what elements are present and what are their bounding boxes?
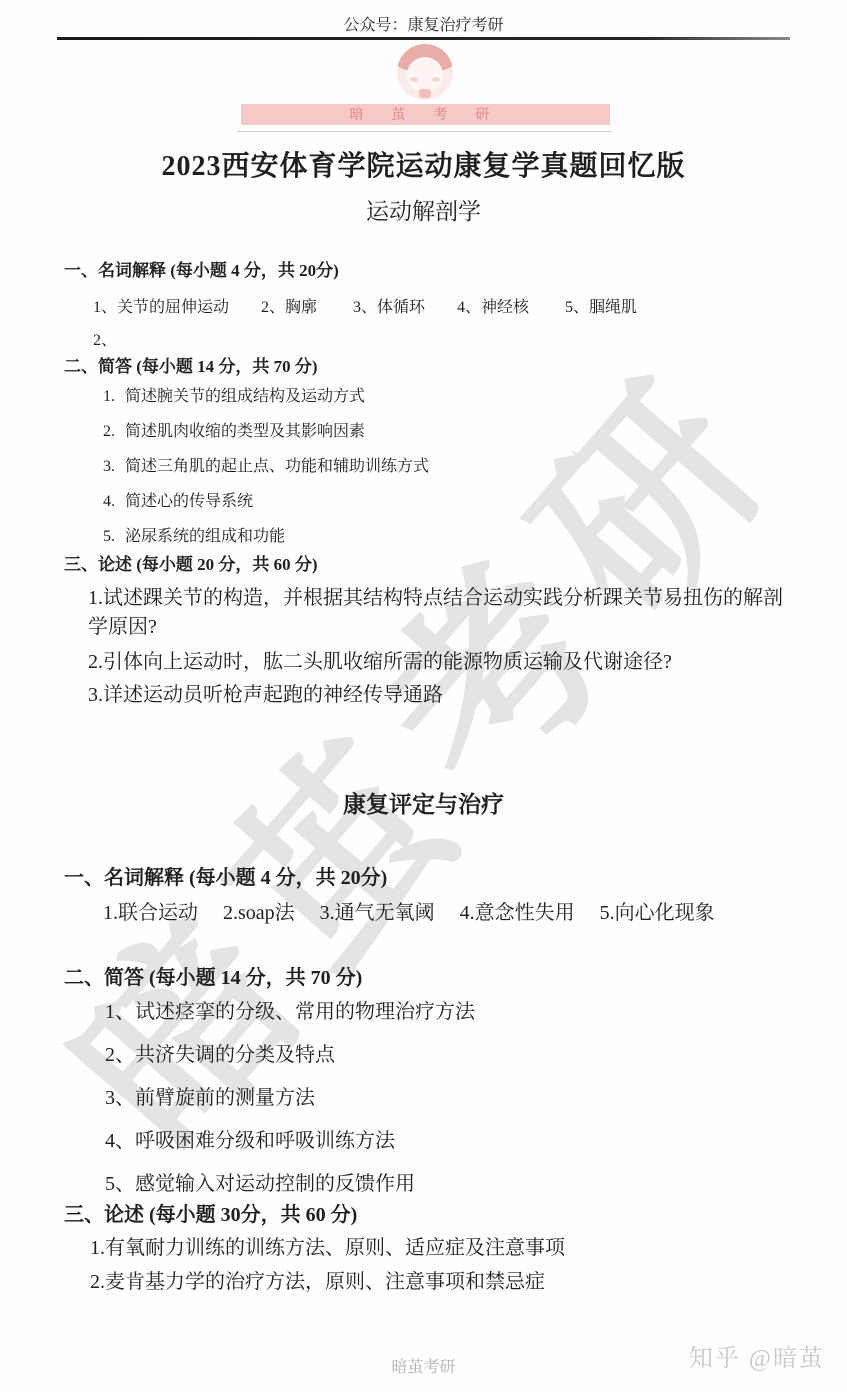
- s1-heading-short-answer: 二、简答 (每小题 14 分，共 70 分): [64, 352, 318, 377]
- zhihu-credit-label: 知乎 @暗茧: [689, 1338, 825, 1373]
- question-item: 1、试述痉挛的分级、常用的物理治疗方法: [105, 999, 475, 1026]
- avatar-cheek-left: [410, 77, 418, 82]
- question-number: 5.: [103, 526, 125, 548]
- question-item: 5. 泌尿系统的组成和功能: [103, 526, 429, 548]
- s1-heading-terms: 一、名词解释 (每小题 4 分，共 20分): [64, 256, 339, 281]
- question-item: 4、呼吸困难分级和呼吸训练方法: [105, 1128, 475, 1155]
- s2-short-answer-list: 1、试述痉挛的分级、常用的物理治疗方法 2、共济失调的分类及特点 3、前臂旋前的…: [105, 999, 475, 1214]
- s1-essay-question-1: 1.试述踝关节的构造，并根据其结构特点结合运动实践分析踝关节易扭伤的解剖学原因?: [88, 584, 788, 642]
- question-item: 3. 简述三角肌的起止点、功能和辅助训练方式: [103, 456, 429, 478]
- question-number: 1.: [103, 386, 125, 408]
- avatar-collar: [419, 89, 431, 98]
- s2-heading-terms: 一、名词解释 (每小题 4 分，共 20分): [64, 861, 387, 890]
- s1-terms-items: 1、关节的屈伸运动 2、胸廓 3、体循环 4、神经核 5、腘绳肌: [93, 294, 637, 317]
- s2-terms-items: 1.联合运动 2.soap法 3.通气无氧阈 4.意念性失用 5.向心化现象: [103, 896, 715, 925]
- question-number: 4.: [103, 491, 125, 513]
- question-item: 5、感觉输入对运动控制的反馈作用: [105, 1171, 475, 1198]
- s1-essay-question-2: 2.引体向上运动时，肱二头肌收缩所需的能源物质运输及代谢途径?: [88, 648, 788, 677]
- question-text: 简述心的传导系统: [125, 491, 253, 513]
- question-item: 4. 简述心的传导系统: [103, 491, 429, 513]
- s1-terms-extra-line: 2、: [93, 327, 117, 350]
- question-text: 简述腕关节的组成结构及运动方式: [125, 386, 365, 408]
- avatar-cheek-right: [432, 77, 440, 82]
- brand-banner: 暗 茧 考 研: [241, 104, 610, 125]
- question-text: 简述三角肌的起止点、功能和辅助训练方式: [125, 456, 429, 478]
- avatar-face: [407, 57, 443, 92]
- question-number: 2.: [103, 421, 125, 443]
- header-divider: [57, 37, 790, 40]
- wechat-account-label: 公众号：康复治疗考研: [0, 12, 847, 35]
- s2-heading-essay: 三、论述 (每小题 30分，共 60 分): [64, 1198, 357, 1227]
- subject-title-rehab: 康复评定与治疗: [0, 786, 847, 819]
- banner-divider: [237, 131, 612, 132]
- subject-title-anatomy: 运动解剖学: [0, 193, 847, 226]
- question-item: 2、共济失调的分类及特点: [105, 1042, 475, 1069]
- brand-avatar: [397, 44, 453, 100]
- question-text: 泌尿系统的组成和功能: [125, 526, 285, 548]
- s1-heading-essay: 三、论述 (每小题 20 分，共 60 分): [64, 550, 318, 575]
- s2-essay-question-1: 1.有氧耐力训练的训练方法、原则、适应症及注意事项: [90, 1234, 800, 1262]
- question-text: 简述肌肉收缩的类型及其影响因素: [125, 421, 365, 443]
- exam-document-page: 暗茧考研 公众号：康复治疗考研 暗 茧 考 研 2023西安体育学院运动康复学真…: [0, 0, 847, 1392]
- s2-essay-question-2: 2.麦肯基力学的治疗方法，原则、注意事项和禁忌症: [90, 1268, 800, 1296]
- question-number: 3.: [103, 456, 125, 478]
- question-item: 3、前臂旋前的测量方法: [105, 1085, 475, 1112]
- s1-essay-question-3: 3.详述运动员听枪声起跑的神经传导通路: [88, 681, 788, 710]
- question-item: 2. 简述肌肉收缩的类型及其影响因素: [103, 421, 429, 443]
- exam-title: 2023西安体育学院运动康复学真题回忆版: [0, 144, 847, 184]
- s2-heading-short-answer: 二、简答 (每小题 14 分，共 70 分): [64, 961, 362, 990]
- s1-short-answer-list: 1. 简述腕关节的组成结构及运动方式 2. 简述肌肉收缩的类型及其影响因素 3.…: [103, 386, 429, 561]
- question-item: 1. 简述腕关节的组成结构及运动方式: [103, 386, 429, 408]
